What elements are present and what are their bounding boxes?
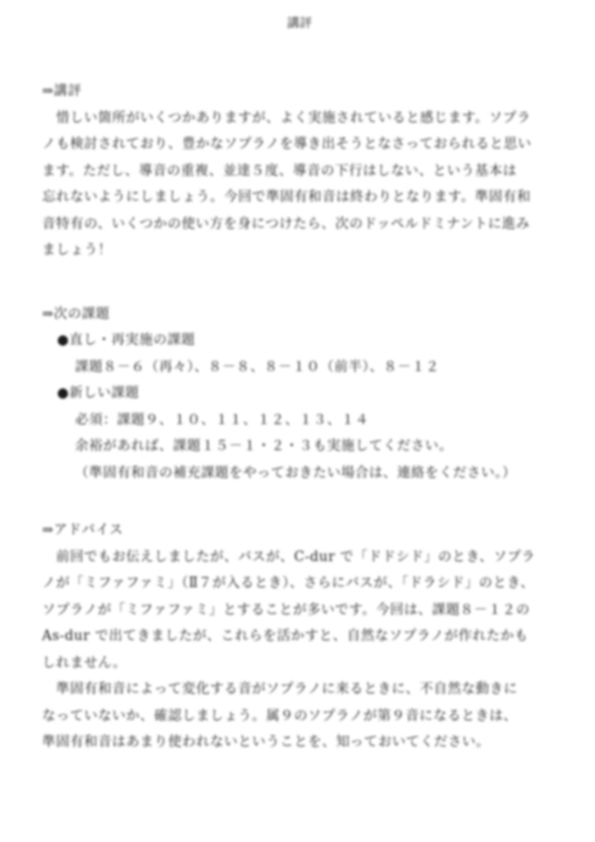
text-line: なっていないか、確認しましょう。属９のソプラノが第９音になるときは、 xyxy=(42,703,557,730)
new-assignment-optional: 余裕があれば、課題１５－１・２・３も実施してください。 xyxy=(42,433,557,460)
text-line: しれません。 xyxy=(42,650,557,677)
text-line: As-dur で出てきましたが、これらを活かすと、自然なソプラノが作れたかも xyxy=(42,623,557,650)
blurred-scan-content: 講評 ⇒講評 惜しい箇所がいくつかありますが、よく実施されていると感じます。ソプ… xyxy=(42,13,557,756)
text-line: 準固有和音によって変化する音がソプラノに来るときに、不自然な動きに xyxy=(42,676,557,703)
section-next-assignments: ⇒次の課題 ●直し・再実施の課題 課題８－６（再々）、８－８、８－１０（前半）、… xyxy=(42,301,557,487)
section-heading-review: ⇒講評 xyxy=(42,78,557,105)
document-page: 講評 ⇒講評 惜しい箇所がいくつかありますが、よく実施されていると感じます。ソプ… xyxy=(0,0,595,842)
text-line: ソプラノが「ミファファミ」とすることが多いです。今回は、課題８－１２の xyxy=(42,597,557,624)
redo-assignment-list: 課題８－６（再々）、８－８、８－１０（前半）、８－１２ xyxy=(42,354,557,381)
text-line: 準固有和音はあまり使われないということを、知っておいてください。 xyxy=(42,729,557,756)
text-line: 音特有の、いくつかの使い方を身につけたら、次のドッペルドミナントに進み xyxy=(42,211,557,238)
bullet-redo-assignments: ●直し・再実施の課題 xyxy=(42,327,557,354)
text-line: ましょう！ xyxy=(42,237,557,264)
section-advice: ⇒アドバイス 前回でもお伝えしましたが、バスが、C-dur で「ドドシド」のとき… xyxy=(42,517,557,756)
text-line: ノが「ミファファミ」（Ⅱ７が入るとき）、さらにバスが、「ドラシド」のとき、 xyxy=(42,570,557,597)
new-assignment-note: （準固有和音の補充課題をやっておきたい場合は、連絡をください。） xyxy=(42,460,557,487)
bullet-new-assignments: ●新しい課題 xyxy=(42,380,557,407)
section-review: ⇒講評 惜しい箇所がいくつかありますが、よく実施されていると感じます。ソプラ ノ… xyxy=(42,78,557,264)
text-line: ます。ただし、導音の重複、並達５度、導音の下行はしない、という基本は xyxy=(42,158,557,185)
page-title: 講評 xyxy=(42,13,557,33)
new-assignment-required: 必須：課題９、１０、１１、１２、１３、１４ xyxy=(42,407,557,434)
section-heading-next-assignments: ⇒次の課題 xyxy=(42,301,557,328)
text-line: 惜しい箇所がいくつかありますが、よく実施されていると感じます。ソプラ xyxy=(42,105,557,132)
text-line: 前回でもお伝えしましたが、バスが、C-dur で「ドドシド」のとき、ソプラ xyxy=(42,544,557,571)
section-heading-advice: ⇒アドバイス xyxy=(42,517,557,544)
text-line: ノも検討されており、豊かなソプラノを導き出そうとなさっておられると思い xyxy=(42,131,557,158)
text-line: 忘れないようにしましょう。今回で準固有和音は終わりとなります。準固有和 xyxy=(42,184,557,211)
